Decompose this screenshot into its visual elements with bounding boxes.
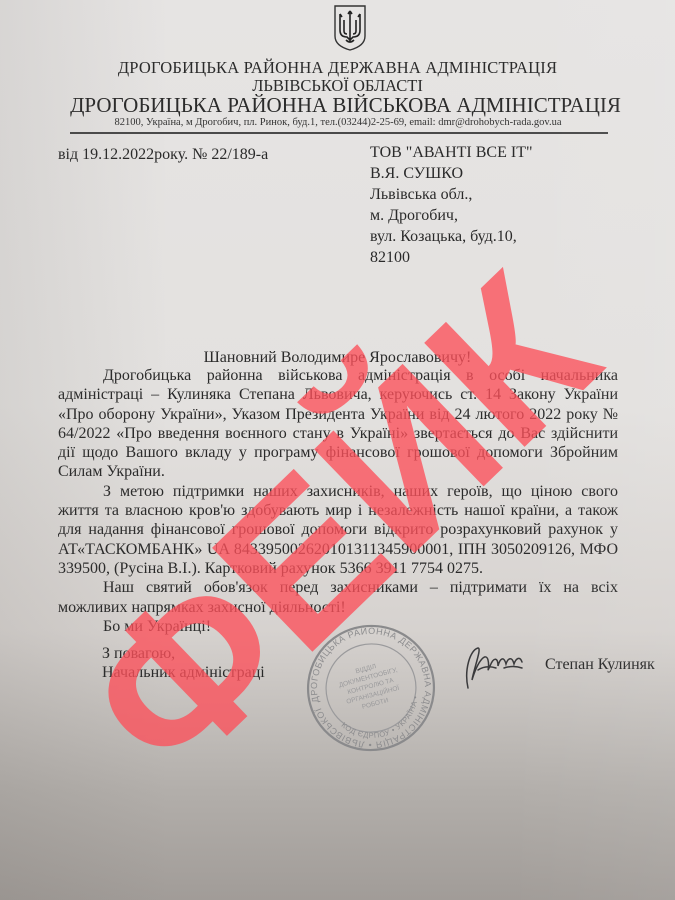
letterhead-divider bbox=[70, 132, 608, 134]
document-reference: від 19.12.2022року. № 22/189-а bbox=[58, 146, 268, 164]
closing-regards: З повагою, bbox=[102, 644, 265, 663]
trident-coat-of-arms-icon bbox=[333, 4, 367, 52]
letter-page: ДРОГОБИЦЬКА РАЙОННА ДЕРЖАВНА АДМІНІСТРАЦ… bbox=[0, 0, 675, 900]
recipient-line: Львівська обл., bbox=[370, 184, 533, 205]
closing-position: Начальник адміністраці bbox=[102, 663, 265, 682]
letterhead-line-1: ДРОГОБИЦЬКА РАЙОННА ДЕРЖАВНА АДМІНІСТРАЦ… bbox=[0, 58, 675, 78]
paragraph: Наш святий обов'язок перед захисниками –… bbox=[58, 578, 618, 617]
recipient-block: ТОВ "АВАНТІ ВСЕ ІТ" В.Я. СУШКО Львівська… bbox=[370, 142, 533, 268]
salutation: Шановний Володимире Ярославовичу! bbox=[0, 349, 675, 367]
handwritten-signature bbox=[460, 640, 530, 695]
letterhead-line-3: ДРОГОБИЦЬКА РАЙОННА ВІЙСЬКОВА АДМІНІСТРА… bbox=[8, 93, 675, 118]
signatory-name: Степан Кулиняк bbox=[545, 656, 655, 674]
paragraph: З метою підтримки наших захисників, наши… bbox=[58, 482, 618, 578]
recipient-line: ТОВ "АВАНТІ ВСЕ ІТ" bbox=[370, 142, 533, 163]
official-seal: ДРОГОБИЦЬКА РАЙОННА ДЕРЖАВНА АДМІНІСТРАЦ… bbox=[305, 622, 437, 754]
recipient-line: В.Я. СУШКО bbox=[370, 163, 533, 184]
letter-body: Дрогобицька районна військова адміністра… bbox=[58, 366, 618, 636]
closing-block: З повагою, Начальник адміністраці bbox=[102, 644, 265, 682]
letterhead-address: 82100, Україна, м Дрогобич, пл. Ринок, б… bbox=[78, 117, 598, 128]
paragraph: Дрогобицька районна військова адміністра… bbox=[58, 366, 618, 482]
recipient-line: 82100 bbox=[370, 247, 533, 268]
recipient-line: м. Дрогобич, bbox=[370, 205, 533, 226]
recipient-line: вул. Козацька, буд.10, bbox=[370, 226, 533, 247]
